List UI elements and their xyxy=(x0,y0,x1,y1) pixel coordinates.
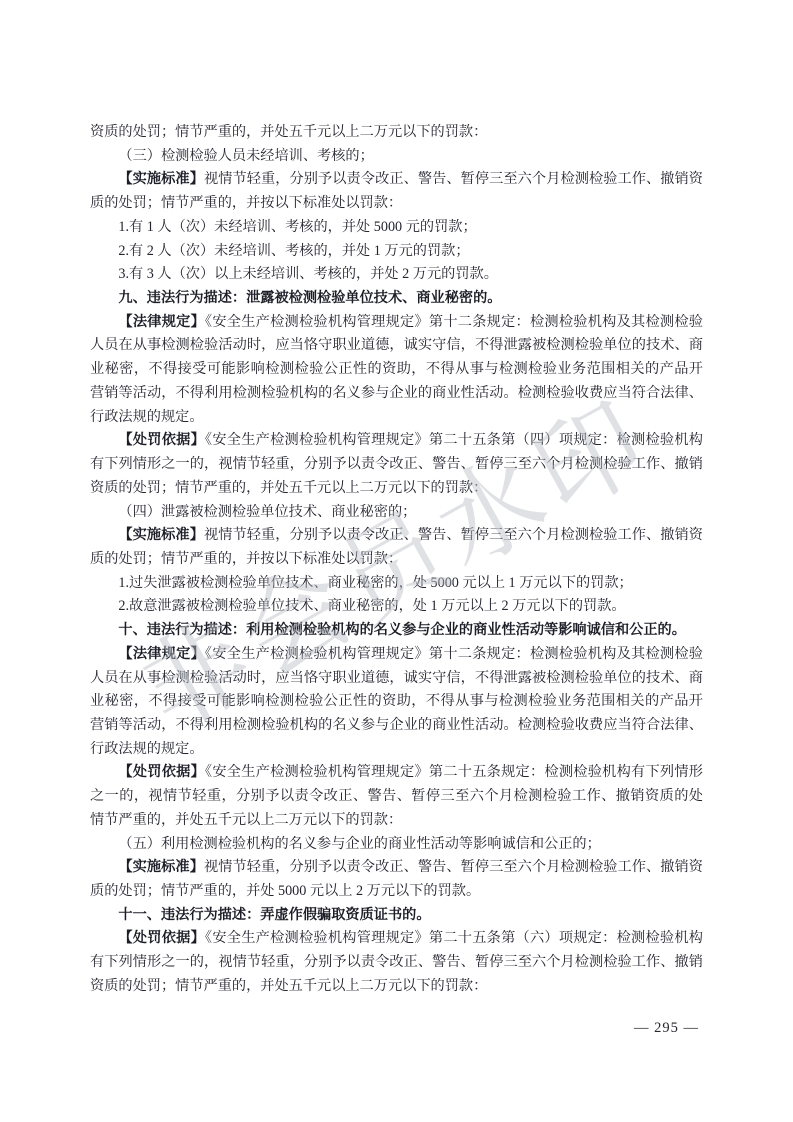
text-line: 【实施标准】视情节轻重，分别予以责令改正、警告、暂停三至六个月检测检验工作、撤销… xyxy=(90,524,703,548)
bold-label: 【处罚依据】 xyxy=(118,432,205,448)
text-line: 【处罚依据】《安全生产检测检验机构管理规定》第二十五条第（六）项规定：检测检验机… xyxy=(90,927,703,951)
line-text: 情节严重的，并处五千元以上二万元以下的罚款： xyxy=(90,812,402,828)
line-text: 业秘密，不得接受可能影响检测检验公正性的资助，不得从事与检测检验业务范围相关的产… xyxy=(90,361,703,382)
line-text: 《安全生产检测检验机构管理规定》第二十五条第（六）项规定：检测检验机构 xyxy=(205,930,703,946)
text-line: 人员在从事检测检验活动时，应当恪守职业道德，诚实守信，不得泄露被检测检验单位的技… xyxy=(90,667,703,691)
bold-label: 【实施标准】 xyxy=(118,527,204,543)
line-text: 质的处罚；情节严重的，并按以下标准处以罚款： xyxy=(90,551,402,567)
bold-label: 【处罚依据】 xyxy=(118,764,205,780)
line-text: 资质的处罚；情节严重的，并处五千元以上二万元以下的罚款： xyxy=(90,978,487,994)
line-text: 之一的，视情节轻重，分别予以责令改正、警告、暂停三至六个月检测检验工作、撤销资质… xyxy=(90,788,703,809)
text-line: 【实施标准】视情节轻重，分别予以责令改正、警告、暂停三至六个月检测检验工作、撤销… xyxy=(90,856,703,880)
text-line: 之一的，视情节轻重，分别予以责令改正、警告、暂停三至六个月检测检验工作、撤销资质… xyxy=(90,785,703,809)
line-text: 资质的处罚；情节严重的，并处五千元以上二万元以下的罚款： xyxy=(90,480,487,496)
text-line: 行政法规的规定。 xyxy=(90,406,703,430)
text-line: 资质的处罚；情节严重的，并处五千元以上二万元以下的罚款： xyxy=(90,121,703,145)
bold-label: 【法律规定】 xyxy=(118,314,205,330)
text-line: 1.过失泄露被检测检验单位技术、商业秘密的，处 5000 元以上 1 万元以下的… xyxy=(90,572,703,596)
text-line: 业秘密，不得接受可能影响检测检验公正性的资助，不得从事与检测检验业务范围相关的产… xyxy=(90,358,703,382)
text-line: 质的处罚；情节严重的，并按以下标准处以罚款： xyxy=(90,548,703,572)
text-line: （三）检测检验人员未经培训、考核的； xyxy=(90,145,703,169)
text-line: 【处罚依据】《安全生产检测检验机构管理规定》第二十五条规定：检测检验机构有下列情… xyxy=(90,761,703,785)
bold-label: 【实施标准】 xyxy=(118,171,204,187)
line-text: 1.过失泄露被检测检验单位技术、商业秘密的，处 5000 元以上 1 万元以下的… xyxy=(118,575,632,591)
text-line: 情节严重的，并处五千元以上二万元以下的罚款： xyxy=(90,809,703,833)
line-text: （五）利用检测检验机构的名义参与企业的商业性活动等影响诚信和公正的； xyxy=(118,836,600,852)
line-text: 营销等活动，不得利用检测检验机构的名义参与企业的商业性活动。检测检验收费应当符合… xyxy=(90,385,703,401)
line-text: 《安全生产检测检验机构管理规定》第二十五条规定：检测检验机构有下列情形 xyxy=(205,764,703,780)
bold-label: 【法律规定】 xyxy=(118,646,205,662)
bold-label: 十一、违法行为描述：弄虚作假骗取资质证书的。 xyxy=(118,907,430,923)
line-text: 《安全生产检测检验机构管理规定》第十二条规定：检测检验机构及其检测检验 xyxy=(205,646,703,662)
text-line: 营销等活动，不得利用检测检验机构的名义参与企业的商业性活动。检测检验收费应当符合… xyxy=(90,382,703,406)
text-line: 2.故意泄露被检测检验单位技术、商业秘密的，处 1 万元以上 2 万元以下的罚款… xyxy=(90,595,703,619)
line-text: 有下列情形之一的，视情节轻重，分别予以责令改正、警告、暂停三至六个月检测检验工作… xyxy=(90,456,703,472)
text-line: 2.有 2 人（次）未经培训、考核的，并处 1 万元的罚款； xyxy=(90,240,703,264)
line-text: 《安全生产检测检验机构管理规定》第二十五条第（四）项规定：检测检验机构 xyxy=(205,432,703,448)
text-line: 1.有 1 人（次）未经培训、考核的，并处 5000 元的罚款； xyxy=(90,216,703,240)
text-line: 3.有 3 人（次）以上未经培训、考核的，并处 2 万元的罚款。 xyxy=(90,263,703,287)
bold-label: 【实施标准】 xyxy=(118,859,204,875)
line-text: 《安全生产检测检验机构管理规定》第十二条规定：检测检验机构及其检测检验 xyxy=(205,314,703,330)
line-text: 视情节轻重，分别予以责令改正、警告、暂停三至六个月检测检验工作、撤销资 xyxy=(204,527,703,543)
text-line: 有下列情形之一的，视情节轻重，分别予以责令改正、警告、暂停三至六个月检测检验工作… xyxy=(90,951,703,975)
line-text: 2.故意泄露被检测检验单位技术、商业秘密的，处 1 万元以上 2 万元以下的罚款… xyxy=(118,598,625,614)
bold-label: 九、违法行为描述：泄露被检测检验单位技术、商业秘密的。 xyxy=(118,290,501,306)
line-text: 营销等活动，不得利用检测检验机构的名义参与企业的商业性活动。检测检验收费应当符合… xyxy=(90,717,703,733)
text-line: 【处罚依据】《安全生产检测检验机构管理规定》第二十五条第（四）项规定：检测检验机… xyxy=(90,429,703,453)
line-text: 视情节轻重，分别予以责令改正、警告、暂停三至六个月检测检验工作、撤销资 xyxy=(204,171,703,187)
line-text: 资质的处罚；情节严重的，并处五千元以上二万元以下的罚款： xyxy=(90,124,487,140)
text-line: 资质的处罚；情节严重的，并处五千元以上二万元以下的罚款： xyxy=(90,477,703,501)
line-text: 行政法规的规定。 xyxy=(90,741,204,757)
page-number: — 295 — xyxy=(634,1020,699,1037)
text-line: 人员在从事检测检验活动时，应当恪守职业道德，诚实守信，不得泄露被检测检验单位的技… xyxy=(90,334,703,358)
line-text: 质的处罚；情节严重的，并处 5000 元以上 2 万元以下的罚款。 xyxy=(90,883,480,899)
line-text: 质的处罚；情节严重的，并按以下标准处以罚款： xyxy=(90,195,402,211)
text-line: 十一、违法行为描述：弄虚作假骗取资质证书的。 xyxy=(90,904,703,928)
text-line: 资质的处罚；情节严重的，并处五千元以上二万元以下的罚款： xyxy=(90,975,703,999)
line-text: （三）检测检验人员未经培训、考核的； xyxy=(118,148,373,164)
bold-label: 【处罚依据】 xyxy=(118,930,205,946)
text-line: 十、违法行为描述：利用检测检验机构的名义参与企业的商业性活动等影响诚信和公正的。 xyxy=(90,619,703,643)
text-line: （五）利用检测检验机构的名义参与企业的商业性活动等影响诚信和公正的； xyxy=(90,833,703,857)
line-text: 人员在从事检测检验活动时，应当恪守职业道德，诚实守信，不得泄露被检测检验单位的技… xyxy=(90,337,703,353)
line-text: 人员在从事检测检验活动时，应当恪守职业道德，诚实守信，不得泄露被检测检验单位的技… xyxy=(90,670,703,686)
line-text: 1.有 1 人（次）未经培训、考核的，并处 5000 元的罚款； xyxy=(118,219,476,235)
bold-label: 十、违法行为描述：利用检测检验机构的名义参与企业的商业性活动等影响诚信和公正的。 xyxy=(118,622,686,638)
document-body: 资质的处罚；情节严重的，并处五千元以上二万元以下的罚款：（三）检测检验人员未经培… xyxy=(90,121,703,999)
line-text: 3.有 3 人（次）以上未经培训、考核的，并处 2 万元的罚款。 xyxy=(118,266,498,282)
text-line: 营销等活动，不得利用检测检验机构的名义参与企业的商业性活动。检测检验收费应当符合… xyxy=(90,714,703,738)
line-text: 行政法规的规定。 xyxy=(90,409,204,425)
line-text: 有下列情形之一的，视情节轻重，分别予以责令改正、警告、暂停三至六个月检测检验工作… xyxy=(90,954,703,970)
text-line: 九、违法行为描述：泄露被检测检验单位技术、商业秘密的。 xyxy=(90,287,703,311)
text-line: 【法律规定】《安全生产检测检验机构管理规定》第十二条规定：检测检验机构及其检测检… xyxy=(90,311,703,335)
text-line: 【法律规定】《安全生产检测检验机构管理规定》第十二条规定：检测检验机构及其检测检… xyxy=(90,643,703,667)
text-line: 有下列情形之一的，视情节轻重，分别予以责令改正、警告、暂停三至六个月检测检验工作… xyxy=(90,453,703,477)
line-text: 视情节轻重，分别予以责令改正、警告、暂停三至六个月检测检验工作、撤销资 xyxy=(204,859,703,875)
line-text: （四）泄露被检测检验单位技术、商业秘密的； xyxy=(118,504,416,520)
text-line: 质的处罚；情节严重的，并处 5000 元以上 2 万元以下的罚款。 xyxy=(90,880,703,904)
text-line: 业秘密，不得接受可能影响检测检验公正性的资助，不得从事与检测检验业务范围相关的产… xyxy=(90,690,703,714)
document-page: 资质的处罚；情节严重的，并处五千元以上二万元以下的罚款：（三）检测检验人员未经培… xyxy=(0,0,793,1122)
text-line: 【实施标准】视情节轻重，分别予以责令改正、警告、暂停三至六个月检测检验工作、撤销… xyxy=(90,168,703,192)
text-line: （四）泄露被检测检验单位技术、商业秘密的； xyxy=(90,501,703,525)
text-line: 行政法规的规定。 xyxy=(90,738,703,762)
line-text: 2.有 2 人（次）未经培训、考核的，并处 1 万元的罚款； xyxy=(118,243,469,259)
line-text: 业秘密，不得接受可能影响检测检验公正性的资助，不得从事与检测检验业务范围相关的产… xyxy=(90,693,703,714)
text-line: 质的处罚；情节严重的，并按以下标准处以罚款： xyxy=(90,192,703,216)
